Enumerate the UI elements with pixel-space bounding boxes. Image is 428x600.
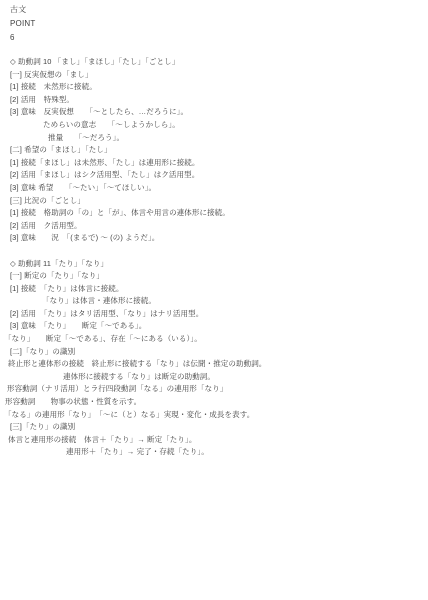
- document-line: [二]「なり」の識別: [0, 346, 428, 359]
- document-line: [二] 希望の「まほし」「たし」: [0, 144, 428, 157]
- document-line: [3] 意味 「たり」 断定「～である」。: [0, 320, 428, 333]
- document-line: 「なり」は体言・連体形に接続。: [0, 295, 428, 308]
- document-line: [1] 接続「まほし」は未然形、「たし」は連用形に接続。: [0, 157, 428, 170]
- document-line: 「なる」の連用形「なり」 「～に（と）なる」実現・変化・成長を表す。: [0, 409, 428, 422]
- document-body: ◇ 助動詞 10 「まし」「まほし」「たし」「ごとし」[一] 反実仮想の「まし」…: [0, 56, 428, 459]
- document-line: [3] 意味 反実仮想 「～としたら、…だろうに」。: [0, 106, 428, 119]
- document-line: [1] 接続 格助詞の「の」と「が」、体言や用言の連体形に接続。: [0, 207, 428, 220]
- header-line: 6: [0, 31, 428, 45]
- document-line: [2] 活用 ク活用型。: [0, 220, 428, 233]
- document-line: 推量 「～だろう」。: [0, 132, 428, 145]
- document-line: 形容動詞（ナリ活用）とラ行四段動詞「なる」の連用形「なり」: [0, 383, 428, 396]
- blank-line: [0, 245, 428, 258]
- document-line: [1] 接続 未然形に接続。: [0, 81, 428, 94]
- document-page: 古文POINT6 ◇ 助動詞 10 「まし」「まほし」「たし」「ごとし」[一] …: [0, 0, 428, 600]
- document-line: ◇ 助動詞 10 「まし」「まほし」「たし」「ごとし」: [0, 56, 428, 69]
- page-header: 古文POINT6: [0, 0, 428, 45]
- header-line: 古文: [0, 3, 428, 17]
- document-line: [1] 接続 「たり」は体言に接続。: [0, 283, 428, 296]
- document-line: [三] 比況の「ごとし」: [0, 195, 428, 208]
- document-line: [2] 活用「まほし」はシク活用型、「たし」はク活用型。: [0, 169, 428, 182]
- document-line: [2] 活用 「たり」はタリ活用型、「なり」はナリ活用型。: [0, 308, 428, 321]
- document-line: [2] 活用 特殊型。: [0, 94, 428, 107]
- header-line: POINT: [0, 17, 428, 31]
- document-line: 終止形と連体形の接続 終止形に接続する「なり」は伝聞・推定の助動詞。: [0, 358, 428, 371]
- document-line: [一] 断定の「たり」「なり」: [0, 270, 428, 283]
- document-line: ためらいの意志 「～しようかしら」。: [0, 119, 428, 132]
- document-line: 「なり」 断定「～である」、存在「～にある（いる）」。: [0, 333, 428, 346]
- document-line: [三]「たり」の識別: [0, 421, 428, 434]
- document-line: [3] 意味 希望 「～たい」「～てほしい」。: [0, 182, 428, 195]
- document-line: [3] 意味 況 「(まるで) ～ (の) ようだ」。: [0, 232, 428, 245]
- document-line: 形容動詞 物事の状態・性質を示す。: [0, 396, 428, 409]
- document-line: [一] 反実仮想の「まし」: [0, 69, 428, 82]
- document-line: 連用形＋「たり」→ 完了・存続「たり」。: [0, 446, 428, 459]
- document-line: ◇ 助動詞 11「たり」「なり」: [0, 258, 428, 271]
- document-line: 体言と連用形の接続 体言＋「たり」→ 断定「たり」。: [0, 434, 428, 447]
- document-line: 連体形に接続する「なり」は断定の助動詞。: [0, 371, 428, 384]
